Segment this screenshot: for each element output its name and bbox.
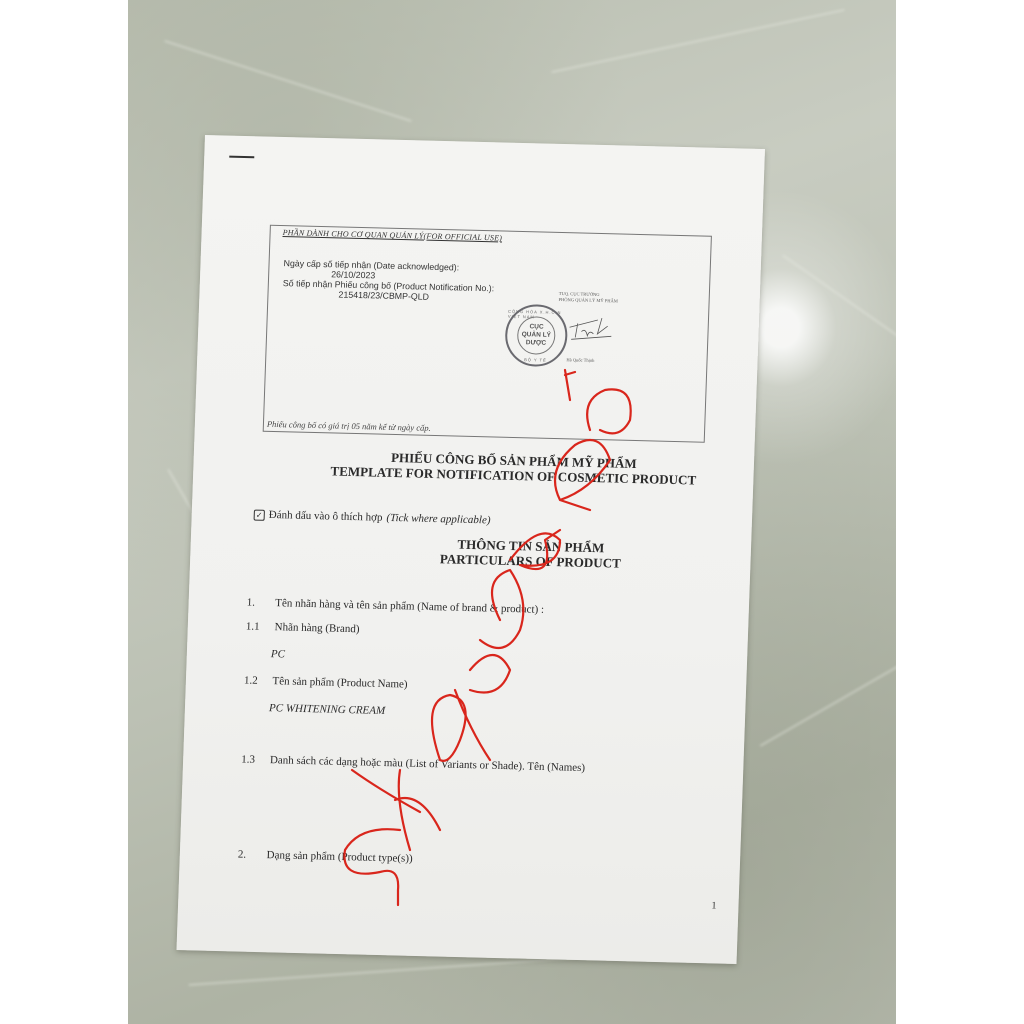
section-title: THÔNG TIN SẢN PHẨM PARTICULARS OF PRODUC…: [190, 530, 751, 574]
item-1-2: 1.2 Tên sản phẩm (Product Name): [244, 674, 408, 690]
signer-title: TUQ. CỤC TRƯỞNG PHÒNG QUẢN LÝ MỸ PHẨM: [558, 291, 618, 304]
item-number: 1.1: [246, 620, 272, 633]
item-label: Tên nhãn hàng và tên sản phẩm (Name of b…: [275, 597, 544, 616]
document-page: PHẦN DÀNH CHO CƠ QUAN QUẢN LÝ(FOR OFFICI…: [176, 135, 765, 964]
dash-mark: [229, 156, 254, 158]
item-1: 1. Tên nhãn hàng và tên sản phẩm (Name o…: [246, 596, 544, 615]
acknowledgement-block: Ngày cấp số tiếp nhận (Date acknowledged…: [282, 258, 495, 303]
item-number: 2.: [238, 848, 264, 861]
stamp-center: CỤC QUẢN LÝ DƯỢC: [517, 316, 556, 355]
item-1-1: 1.1 Nhãn hàng (Brand): [246, 620, 360, 635]
item-label: Dạng sản phẩm (Product type(s)): [266, 849, 412, 865]
tick-instruction-en: (Tick where applicable): [386, 512, 490, 527]
brand-value: PC: [271, 648, 285, 660]
tick-instruction-vi: Đánh dấu vào ô thích hợp: [269, 509, 383, 524]
item-number: 1.: [246, 596, 272, 609]
checkbox-icon: ✓: [254, 509, 265, 520]
signer-name: Hà Quốc Thịnh: [566, 357, 594, 363]
official-use-header: PHẦN DÀNH CHO CƠ QUAN QUẢN LÝ(FOR OFFICI…: [283, 228, 503, 242]
item-number: 1.3: [241, 753, 267, 766]
item-2: 2. Dạng sản phẩm (Product type(s)): [238, 848, 413, 864]
stamp-ring-top: CỘNG HÒA X.H.C.N VIỆT NAM: [508, 309, 566, 320]
item-label: Nhãn hàng (Brand): [274, 621, 359, 635]
document-title: PHIẾU CÔNG BỐ SẢN PHẨM MỸ PHẨM TEMPLATE …: [193, 445, 754, 489]
item-label: Danh sách các dạng hoặc màu (List of Var…: [270, 754, 586, 774]
item-label: Tên sản phẩm (Product Name): [272, 675, 407, 690]
stamp-ring-bottom: BỘ Y TẾ: [524, 357, 547, 363]
official-stamp-icon: CỤC QUẢN LÝ DƯỢC CỘNG HÒA X.H.C.N VIỆT N…: [504, 304, 568, 368]
tick-instruction: ✓ Đánh dấu vào ô thích hợp (Tick where a…: [254, 509, 491, 527]
signer-title-line: PHÒNG QUẢN LÝ MỸ PHẨM: [558, 297, 617, 304]
item-1-3: 1.3 Danh sách các dạng hoặc màu (List of…: [241, 753, 585, 774]
page-number: 1: [711, 900, 716, 911]
signature-icon: [567, 313, 618, 344]
product-name-value: PC WHITENING CREAM: [269, 702, 386, 717]
validity-note: Phiếu công bố có giá trị 05 năm kể từ ng…: [267, 419, 431, 433]
stamp-line: DƯỢC: [526, 339, 547, 348]
item-number: 1.2: [244, 674, 270, 687]
official-use-box: PHẦN DÀNH CHO CƠ QUAN QUẢN LÝ(FOR OFFICI…: [263, 225, 712, 443]
